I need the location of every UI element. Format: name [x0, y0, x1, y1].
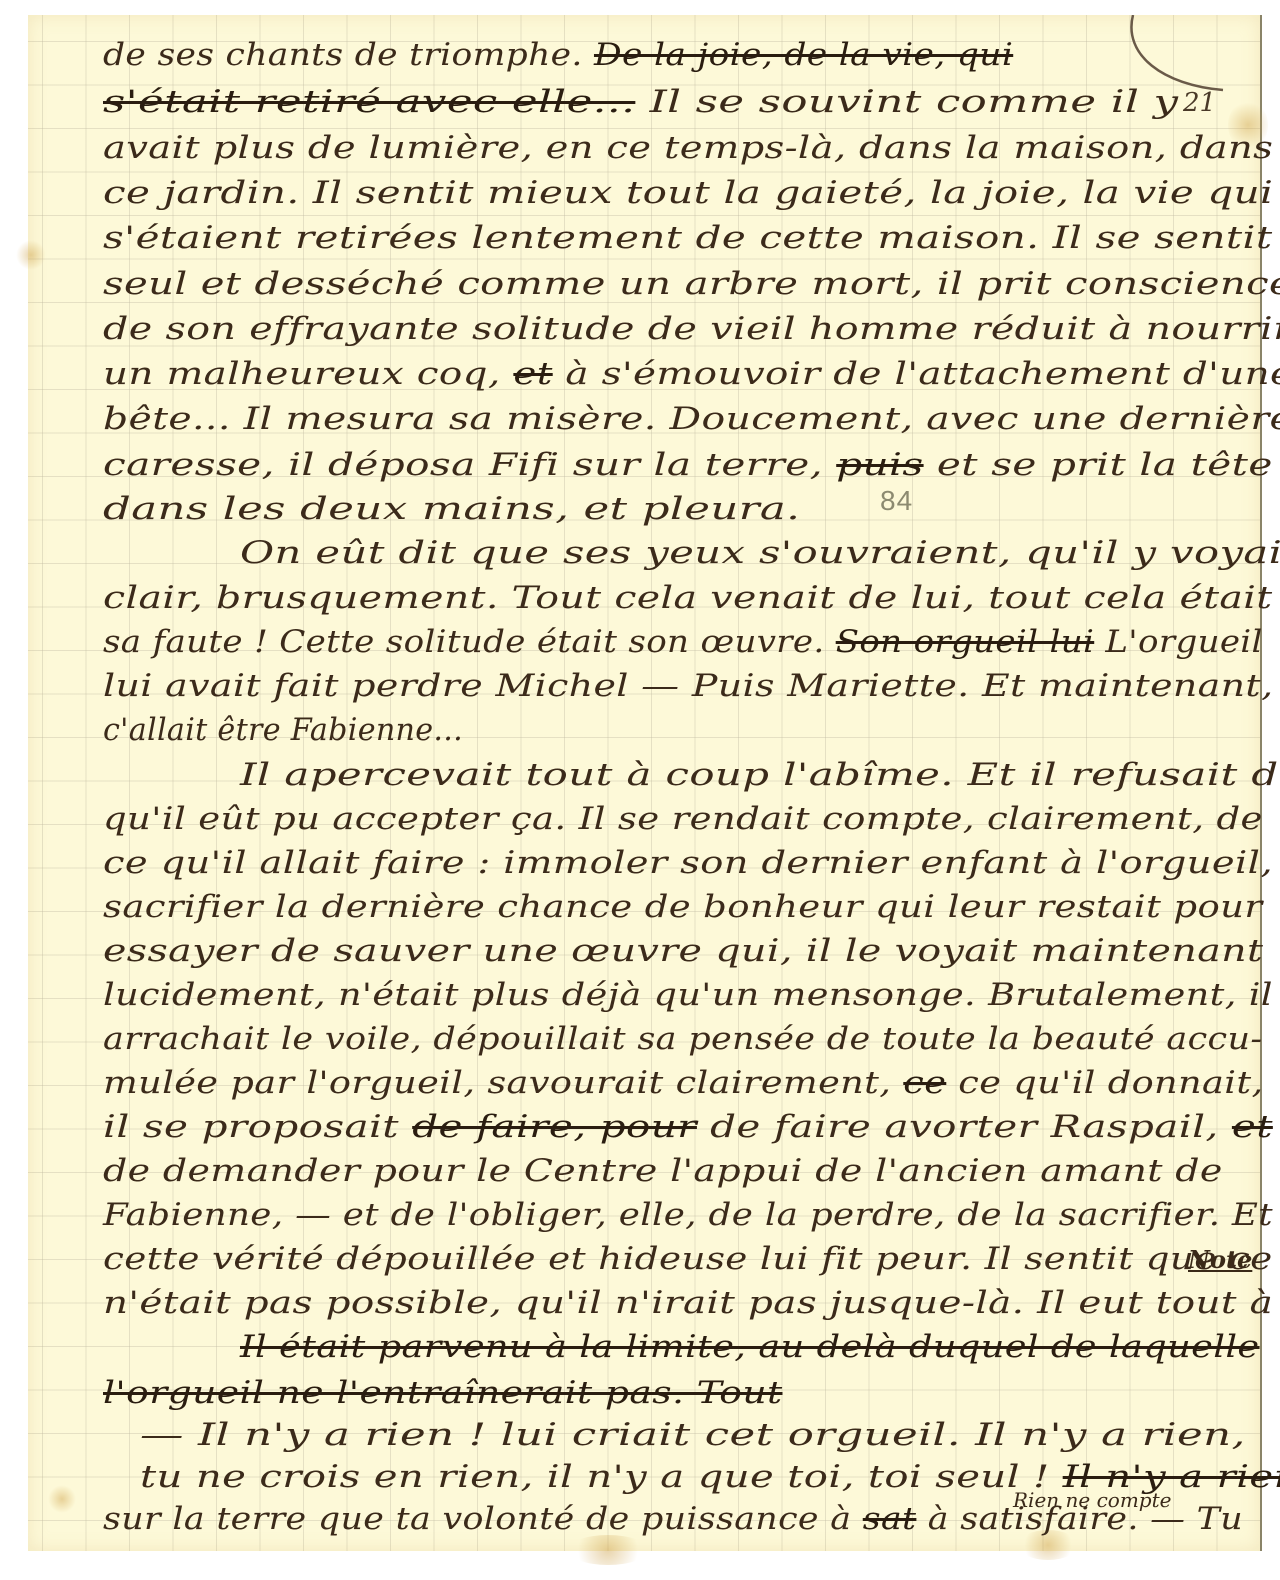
interlinear-insertion: Rien ne compte [1013, 1488, 1172, 1512]
manuscript-line: mulée par l'orgueil, savourait clairemen… [103, 1065, 1263, 1101]
line-text: il se proposait [103, 1109, 412, 1145]
manuscript-line: bête... Il mesura sa misère. Doucement, … [103, 401, 1280, 437]
manuscript-line: On eût dit que ses yeux s'ouvraient, qu'… [240, 535, 1280, 571]
struck-through-text: et [513, 356, 552, 392]
line-text: seul et desséché comme un arbre mort, il… [103, 266, 1280, 302]
manuscript-line: un malheureux coq, et à s'émouvoir de l'… [103, 356, 1280, 392]
struck-through-text: l'orgueil ne l'entraînerait pas. Tout [103, 1375, 783, 1411]
manuscript-line: c'allait être Fabienne... [103, 712, 463, 748]
line-text: L'orgueil [1094, 624, 1263, 660]
line-text: de son effrayante solitude de vieil homm… [103, 311, 1280, 347]
line-text: mulée par l'orgueil, savourait clairemen… [103, 1065, 903, 1101]
line-text: — Il n'y a rien ! lui criait cet orgueil… [140, 1417, 1246, 1453]
manuscript-line: de demander pour le Centre l'appui de l'… [103, 1153, 1223, 1189]
struck-through-text: De la joie, de la vie, qui [594, 37, 1013, 73]
manuscript-line: sa faute ! Cette solitude était son œuvr… [103, 624, 1263, 660]
line-text: Il se souvint comme il y [635, 84, 1178, 120]
manuscript-line: avait plus de lumière, en ce temps-là, d… [103, 130, 1273, 166]
line-text: sacrifier la dernière chance de bonheur … [103, 889, 1262, 925]
line-text: de faire avorter Raspail, [697, 1109, 1232, 1145]
line-text: ce qu'il allait faire : immoler son dern… [103, 845, 1273, 881]
line-text: avait plus de lumière, en ce temps-là, d… [103, 130, 1273, 166]
manuscript-line: — Il n'y a rien ! lui criait cet orgueil… [140, 1417, 1246, 1453]
line-text: lucidement, n'était plus déjà qu'un mens… [103, 977, 1273, 1013]
struck-through-text: puis [836, 447, 923, 483]
paper-stain [568, 1535, 648, 1565]
manuscript-line: s'étaient retirées lentement de cette ma… [103, 220, 1272, 256]
manuscript-line: de son effrayante solitude de vieil homm… [103, 311, 1280, 347]
manuscript-line: s'était retiré avec elle... Il se souvin… [103, 84, 1178, 120]
manuscript-line: il se proposait de faire, pour de faire … [103, 1109, 1273, 1145]
line-text: dans les deux mains, et pleura. [103, 491, 800, 527]
manuscript-line: de ses chants de triomphe. De la joie, d… [103, 37, 1013, 73]
line-text: de ses chants de triomphe. [103, 37, 594, 73]
manuscript-line: Fabienne, — et de l'obliger, elle, de la… [103, 1197, 1273, 1233]
line-text: de demander pour le Centre l'appui de l'… [103, 1153, 1223, 1189]
line-text: un malheureux coq, [103, 356, 513, 392]
line-text: ce qu'il donnait, [946, 1065, 1263, 1101]
line-text: cette vérité dépouillée et hideuse lui f… [103, 1241, 1273, 1277]
struck-through-text: de faire, pour [412, 1109, 697, 1145]
struck-through-text: s'était retiré avec elle... [103, 84, 635, 120]
manuscript-line: l'orgueil ne l'entraînerait pas. Tout [103, 1375, 783, 1411]
manuscript-line: essayer de sauver une œuvre qui, il le v… [103, 933, 1263, 969]
line-text: lui avait fait perdre Michel — Puis Mari… [103, 668, 1273, 704]
paper-stain [48, 1485, 76, 1513]
manuscript-line: ce qu'il allait faire : immoler son dern… [103, 845, 1273, 881]
page-number: 21 [1183, 88, 1216, 118]
struck-through-text: ce [903, 1065, 946, 1101]
line-text: s'étaient retirées lentement de cette ma… [103, 220, 1272, 256]
struck-through-text: Il était parvenu à la limite, au delà du… [240, 1329, 1260, 1365]
line-text: c'allait être Fabienne... [103, 712, 463, 748]
line-text: à s'émouvoir de l'attachement d'une [553, 356, 1280, 392]
manuscript-line: clair, brusquement. Tout cela venait de … [103, 580, 1273, 616]
pencil-folio-number: 84 [880, 485, 913, 517]
manuscript-line: arrachait le voile, dépouillait sa pensé… [103, 1021, 1263, 1057]
manuscript-line: seul et desséché comme un arbre mort, il… [103, 266, 1280, 302]
line-text: On eût dit que ses yeux s'ouvraient, qu'… [240, 535, 1280, 571]
line-text: Fabienne, — et de l'obliger, elle, de la… [103, 1197, 1273, 1233]
manuscript-line: Il apercevait tout à coup l'abîme. Et il… [240, 757, 1280, 793]
line-text: Il apercevait tout à coup l'abîme. Et il… [240, 757, 1280, 793]
line-text: clair, brusquement. Tout cela venait de … [103, 580, 1273, 616]
line-text: n'était pas possible, qu'il n'irait pas … [103, 1285, 1273, 1321]
line-text: arrachait le voile, dépouillait sa pensé… [103, 1021, 1263, 1057]
manuscript-line: caresse, il déposa Fifi sur la terre, pu… [103, 447, 1273, 483]
manuscript-line: dans les deux mains, et pleura. [103, 491, 800, 527]
line-text: qu'il eût pu accepter ça. Il se rendait … [103, 801, 1263, 837]
line-text: ce jardin. Il sentit mieux tout la gaiet… [103, 175, 1273, 211]
line-text: sa faute ! Cette solitude était son œuvr… [103, 624, 836, 660]
line-text: et se prit la tête [924, 447, 1273, 483]
manuscript-page: 21 84 Note de ses chants de triomphe. De… [28, 15, 1262, 1551]
line-text: essayer de sauver une œuvre qui, il le v… [103, 933, 1263, 969]
manuscript-line: ce jardin. Il sentit mieux tout la gaiet… [103, 175, 1273, 211]
line-text: tu ne crois en rien, il n'y a que toi, t… [140, 1459, 1063, 1495]
manuscript-line: Il était parvenu à la limite, au delà du… [240, 1329, 1260, 1365]
manuscript-line: n'était pas possible, qu'il n'irait pas … [103, 1285, 1273, 1321]
line-text: caresse, il déposa Fifi sur la terre, [103, 447, 836, 483]
manuscript-line: cette vérité dépouillée et hideuse lui f… [103, 1241, 1273, 1277]
struck-through-text: Son orgueil lui [836, 624, 1095, 660]
manuscript-line: sacrifier la dernière chance de bonheur … [103, 889, 1262, 925]
manuscript-line: lucidement, n'était plus déjà qu'un mens… [103, 977, 1273, 1013]
struck-through-text: sat [863, 1501, 917, 1537]
paper-stain [16, 240, 46, 270]
line-text: bête... Il mesura sa misère. Doucement, … [103, 401, 1280, 437]
struck-through-text: et [1232, 1109, 1273, 1145]
line-text: sur la terre que ta volonté de puissance… [103, 1501, 863, 1537]
manuscript-line: lui avait fait perdre Michel — Puis Mari… [103, 668, 1273, 704]
manuscript-line: qu'il eût pu accepter ça. Il se rendait … [103, 801, 1263, 837]
